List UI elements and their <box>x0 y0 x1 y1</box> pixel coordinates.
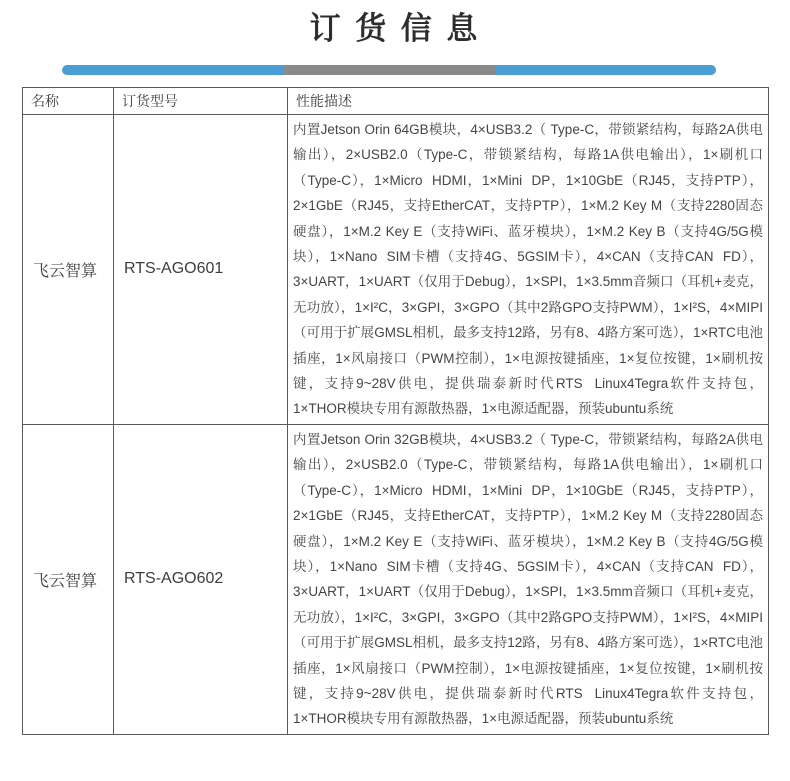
product-description: 内置Jetson Orin 64GB模块，4×USB3.2（ Type-C，带锁… <box>288 115 769 425</box>
table-header-row: 名称 订货型号 性能描述 <box>23 88 769 115</box>
divider-segment-blue-left <box>62 65 284 75</box>
title-divider <box>62 65 716 75</box>
column-header-description: 性能描述 <box>288 88 769 115</box>
column-header-name: 名称 <box>23 88 114 115</box>
table-row: 飞云智算 RTS-AGO601 内置Jetson Orin 64GB模块，4×U… <box>23 115 769 425</box>
document-page: 订 货 信 息 名称 订货型号 性能描述 飞云智算 RTS-AGO601 内置J… <box>0 0 790 781</box>
product-description: 内置Jetson Orin 32GB模块，4×USB3.2（ Type-C，带锁… <box>288 424 769 734</box>
column-header-model: 订货型号 <box>114 88 288 115</box>
page-title: 订 货 信 息 <box>0 10 790 48</box>
ordering-info-table: 名称 订货型号 性能描述 飞云智算 RTS-AGO601 内置Jetson Or… <box>22 87 769 735</box>
divider-segment-gray <box>284 65 496 75</box>
product-name: 飞云智算 <box>23 115 114 425</box>
divider-segment-blue-right <box>496 65 716 75</box>
table-row: 飞云智算 RTS-AGO602 内置Jetson Orin 32GB模块，4×U… <box>23 424 769 734</box>
product-model: RTS-AGO601 <box>114 115 288 425</box>
product-model: RTS-AGO602 <box>114 424 288 734</box>
product-name: 飞云智算 <box>23 424 114 734</box>
